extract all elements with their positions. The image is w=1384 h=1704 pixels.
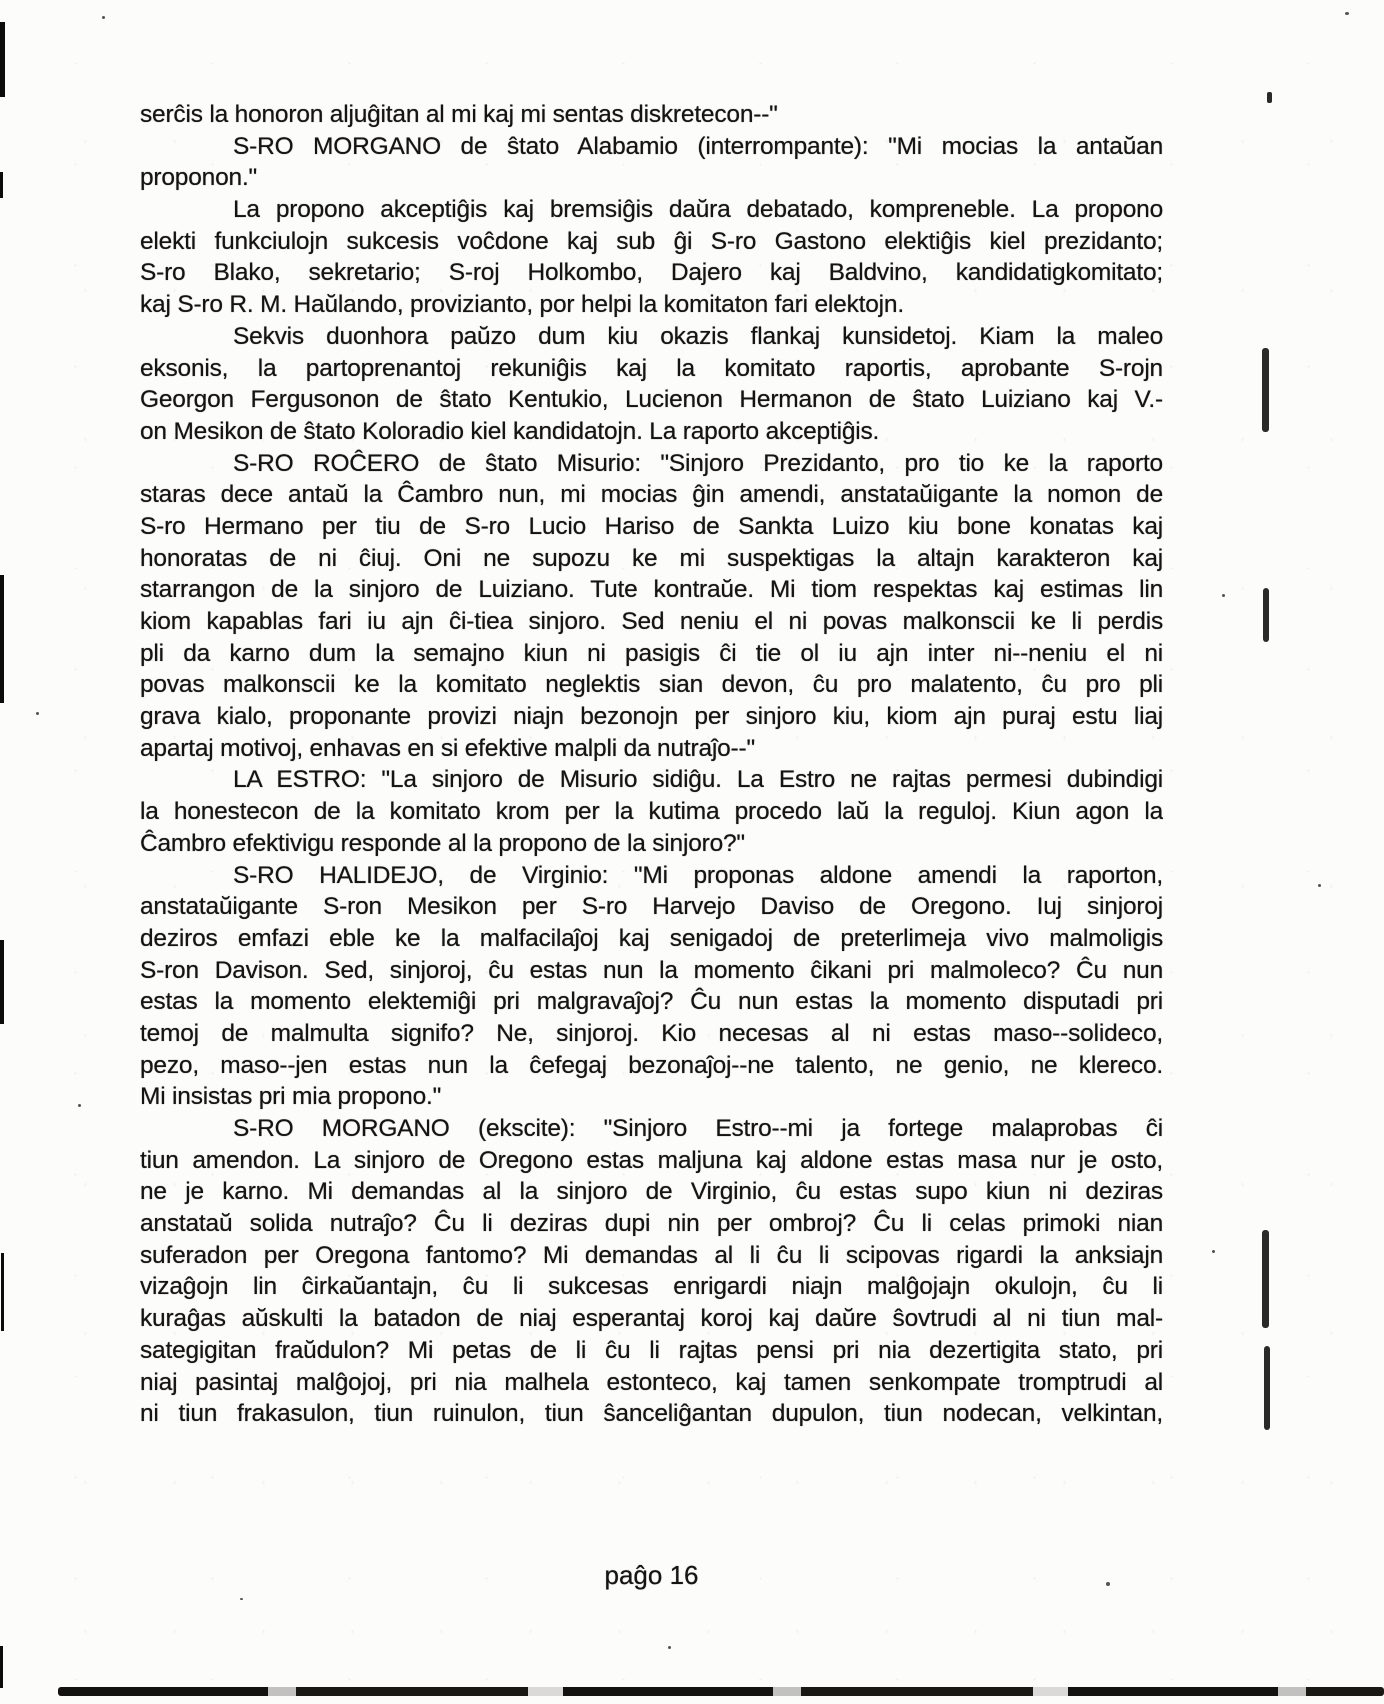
text-line: serĉis la honoron aljuĝitan al mi kaj mi… [140,99,1163,131]
scan-speck [1106,1582,1110,1586]
scan-speck [102,16,105,19]
text-line: on Mesikon de ŝtato Koloradio kiel kandi… [140,416,1163,448]
text-line: tiun amendon. La sinjoro de Oregono esta… [140,1145,1163,1177]
scan-artifact [0,172,3,198]
scan-speck [1212,1250,1215,1253]
scan-artifact [0,575,4,703]
text-line: anstataŭ solida nutraĵo? Ĉu li deziras d… [140,1208,1163,1240]
scan-artifact [0,22,5,97]
text-line: eksonis, la partoprenantoj rekuniĝis kaj… [140,353,1163,385]
scan-speck [36,712,39,715]
text-line: apartaj motivoj, enhavas en si efektive … [140,733,1163,765]
scan-speck [1345,12,1349,15]
text-line: grava kialo, proponante provizi niajn be… [140,701,1163,733]
text-line: kiom kapablas fari iu ajn ĉi-tiea sinjor… [140,606,1163,638]
text-line: honoratas de ni ĉiuj. Oni ne supozu ke m… [140,543,1163,575]
text-line: La propono akceptiĝis kaj bremsiĝis daŭr… [140,194,1163,226]
text-line: S-RO ROĈERO de ŝtato Misurio: "Sinjoro P… [140,448,1163,480]
text-line: S-ron Davison. Sed, sinjoroj, ĉu estas n… [140,955,1163,987]
text-line: S-ro Hermano per tiu de S-ro Lucio Haris… [140,511,1163,543]
text-line: pli da karno dum la semajno kiun ni pasi… [140,638,1163,670]
text-line: ni tiun frakasulon, tiun ruinulon, tiun … [140,1398,1163,1430]
text-line: S-RO MORGANO (ekscite): "Sinjoro Estro--… [140,1113,1163,1145]
scan-artifact [1263,588,1269,642]
text-line: Sekvis duonhora paŭzo dum kiu okazis fla… [140,321,1163,353]
scan-artifact [0,940,4,1024]
page-number: paĝo 16 [140,1560,1163,1591]
scan-artifact [1,1253,4,1331]
scan-speck [78,1104,81,1107]
text-line: Ĉambro efektivigu responde al la propono… [140,828,1163,860]
text-line: kuraĝas aŭskulti la batadon de niaj espe… [140,1303,1163,1335]
text-line: proponon." [140,162,1163,194]
scan-artifact [1264,1346,1270,1430]
text-line: S-RO MORGANO de ŝtato Alabamio (interrom… [140,131,1163,163]
text-line: S-RO HALIDEJO, de Virginio: "Mi proponas… [140,860,1163,892]
text-line: sategigitan fraŭdulon? Mi petas de li ĉu… [140,1335,1163,1367]
text-line: vizaĝojn lin ĉirkaŭantajn, ĉu li sukcesa… [140,1271,1163,1303]
text-line: la honestecon de la komitato krom per la… [140,796,1163,828]
scan-speck [1318,884,1321,887]
scan-speck [668,1646,671,1649]
scan-artifact [1262,348,1269,432]
scan-artifact [1267,92,1272,103]
text-line: starrangon de la sinjoro de Luiziano. Tu… [140,574,1163,606]
text-line: elekti funkciulojn sukcesis voĉdone kaj … [140,226,1163,258]
text-line: LA ESTRO: "La sinjoro de Misurio sidiĝu.… [140,764,1163,796]
text-line: povas malkonscii ke la komitato neglekti… [140,669,1163,701]
text-line: estas la momento elektemiĝi pri malgrava… [140,986,1163,1018]
text-line: S-ro Blako, sekretario; S-roj Holkombo, … [140,257,1163,289]
text-line: deziros emfazi eble ke la malfacilaĵoj k… [140,923,1163,955]
text-line: suferadon per Oregona fantomo? Mi demand… [140,1240,1163,1272]
text-line: temoj de malmulta signifo? Ne, sinjoroj.… [140,1018,1163,1050]
text-line: niaj pasintaj malĝojoj, pri nia malhela … [140,1367,1163,1399]
scan-artifact [0,1646,3,1688]
scanned-page: serĉis la honoron aljuĝitan al mi kaj mi… [0,0,1384,1704]
scan-artifact [1262,1230,1269,1328]
page-text: serĉis la honoron aljuĝitan al mi kaj mi… [140,99,1163,1430]
text-line: staras dece antaŭ la Ĉambro nun, mi moci… [140,479,1163,511]
text-line: Mi insistas pri mia propono." [140,1081,1163,1113]
text-line: anstataŭigante S-ron Mesikon per S-ro Ha… [140,891,1163,923]
scan-speck [240,1598,243,1600]
scan-artifact [58,1687,1384,1696]
text-line: ne je karno. Mi demandas al la sinjoro d… [140,1176,1163,1208]
scan-speck [1222,594,1225,597]
text-line: Georgon Fergusonon de ŝtato Kentukio, Lu… [140,384,1163,416]
text-line: pezo, maso--jen estas nun la ĉefegaj bez… [140,1050,1163,1082]
text-line: kaj S-ro R. M. Haŭlando, provizianto, po… [140,289,1163,321]
